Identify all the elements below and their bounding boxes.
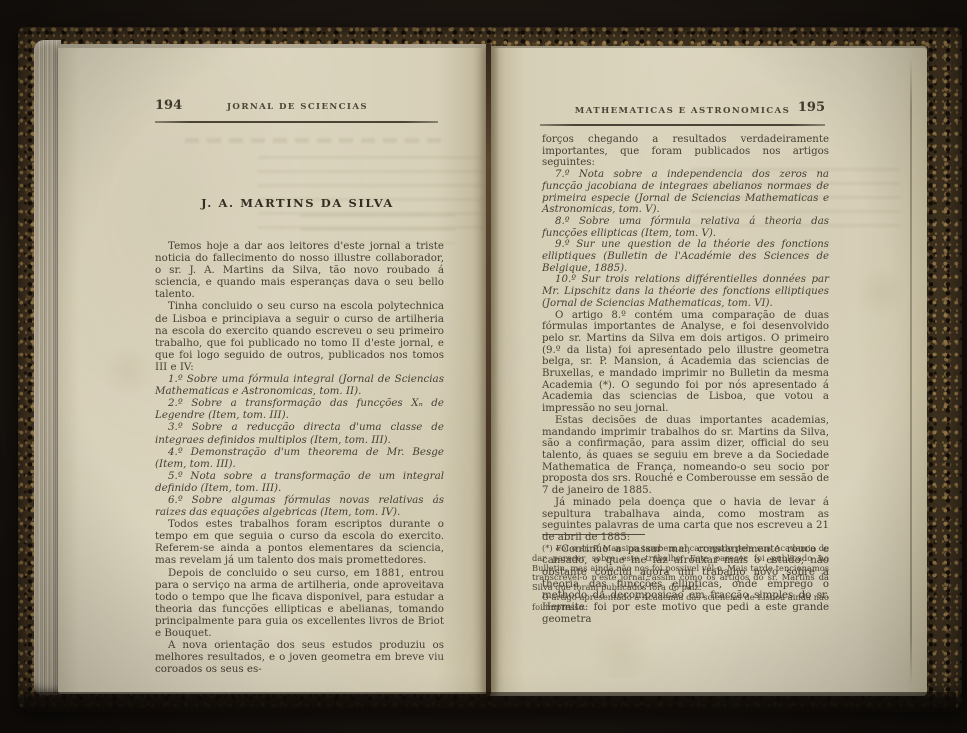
work-list-item: 9.º Sur une question de la théorie des f… (542, 239, 829, 274)
page-edge-stack (34, 40, 61, 695)
work-list-item: 8.º Sobre uma fórmula relativa á theoria… (542, 216, 829, 239)
left-page-text-column: Temos hoje a dar aos leitores d'este jor… (155, 240, 444, 675)
work-list-item: 10.º Sur trois relations différentielles… (542, 274, 829, 309)
running-title-left: JORNAL DE SCIENCIAS (155, 102, 440, 112)
paragraph: Depois de concluido o seu curso, em 1881… (155, 567, 444, 640)
foxing-stain (580, 628, 660, 678)
work-list-item: 1.º Sobre uma fórmula integral (Jornal d… (155, 373, 444, 397)
footnote: (*) Foi o sr. P. Mansion tambem encarreg… (532, 544, 829, 613)
paragraph: O artigo 8.º contém uma comparação de du… (542, 310, 829, 415)
footnote-text: (*) Foi o sr. P. Mansion tambem encarreg… (532, 544, 829, 593)
header-rule-right (540, 124, 825, 126)
header-rule-left (155, 121, 438, 123)
bleed-through-formula (258, 156, 483, 234)
work-list-item: 2.º Sobre a transformação das funcções X… (155, 397, 444, 421)
work-list-item: 5.º Nota sobre a transformação de um int… (155, 470, 444, 494)
paragraph: Já minado pela doença que o havia de lev… (542, 497, 829, 544)
book-bottom-shadow (24, 692, 956, 712)
right-page: MATHEMATICAS E ASTRONOMICAS 195 forços c… (490, 46, 927, 696)
footnote-text: O artigo apresentado á Academia das scie… (532, 593, 829, 613)
paragraph: Todos estes trabalhos foram escriptos du… (155, 518, 444, 566)
work-list-item: 6.º Sobre algumas fórmulas novas relativ… (155, 494, 444, 518)
foxing-stain (850, 268, 910, 316)
foxing-stain (98, 348, 158, 394)
paragraph: Tinha concluido o seu curso na escola po… (155, 300, 444, 373)
work-list-item: 4.º Demonstração d'um theorema de Mr. Be… (155, 446, 444, 470)
paragraph: A nova orientação dos seus estudos produ… (155, 639, 444, 675)
page-number-right: 195 (540, 100, 825, 115)
bleed-through-mark (185, 138, 447, 143)
under-page-edge-line (910, 58, 912, 686)
paragraph: Temos hoje a dar aos leitores d'este jor… (155, 240, 444, 300)
left-page: 194 JORNAL DE SCIENCIAS J. A. MARTINS DA… (58, 44, 488, 694)
paragraph-continuation: forços chegando a resultados verdadeiram… (542, 134, 829, 169)
article-title: J. A. MARTINS DA SILVA (155, 196, 440, 210)
footnote-rule (542, 534, 645, 535)
book-gutter-shadow (486, 44, 491, 694)
work-list-item: 3.º Sobre a reducção directa d'uma class… (155, 421, 444, 445)
paragraph: Estas decisões de duas importantes acade… (542, 415, 829, 497)
work-list-item: 7.º Nota sobre a independencia dos zeros… (542, 169, 829, 216)
